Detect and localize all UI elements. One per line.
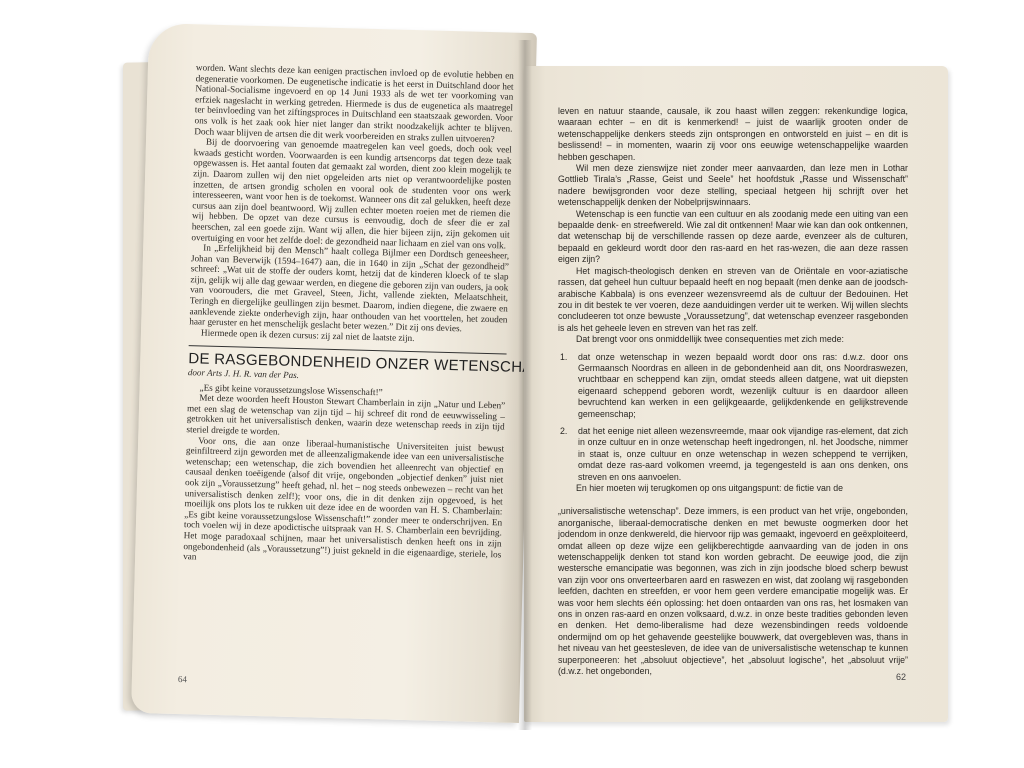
paragraph-gap xyxy=(558,494,908,506)
list-item-number: 1. xyxy=(560,352,578,420)
paragraph: Wil men deze zienswijze niet zonder meer… xyxy=(558,163,908,209)
page-number-right: 62 xyxy=(896,672,906,682)
left-page: worden. Want slechts deze kan eenigen pr… xyxy=(131,23,537,723)
paragraph: Het magisch-theologisch denken en streve… xyxy=(558,266,908,334)
paragraph: Bij de doorvoering van genoemde maatrege… xyxy=(191,136,512,250)
paragraph: Voor ons, die aan onze liberaal-humanist… xyxy=(183,435,504,570)
right-page-text: leven en natuur staande, causale, ik zou… xyxy=(558,106,908,678)
paragraph: worden. Want slechts deze kan eenigen pr… xyxy=(194,62,514,144)
paragraph: Dat brengt voor ons onmiddellijk twee co… xyxy=(558,334,908,345)
list-item: 2. dat het eenige niet alleen wezensvree… xyxy=(576,426,908,483)
list-item: 1. dat onze wetenschap in wezen bepaald … xyxy=(576,352,908,420)
right-page: leven en natuur staande, causale, ik zou… xyxy=(524,66,948,722)
paragraph: In „Erfelijkheid bij den Mensch” haalt c… xyxy=(189,242,509,335)
paragraph: Wetenschap is een functie van een cultuu… xyxy=(558,209,908,266)
paragraph: „universalistische wetenschap”. Deze imm… xyxy=(558,506,908,677)
paragraph: En hier moeten wij terugkomen op ons uit… xyxy=(558,483,908,494)
list-item-number: 2. xyxy=(560,426,578,483)
paragraph: leven en natuur staande, causale, ik zou… xyxy=(558,106,908,163)
list-item-text: dat het eenige niet alleen wezensvreemde… xyxy=(578,426,908,483)
page-number-left: 64 xyxy=(178,674,187,684)
left-page-text: worden. Want slechts deze kan eenigen pr… xyxy=(183,62,514,570)
book-spine-gutter xyxy=(518,40,532,730)
list-item-text: dat onze wetenschap in wezen bepaald wor… xyxy=(578,352,908,420)
